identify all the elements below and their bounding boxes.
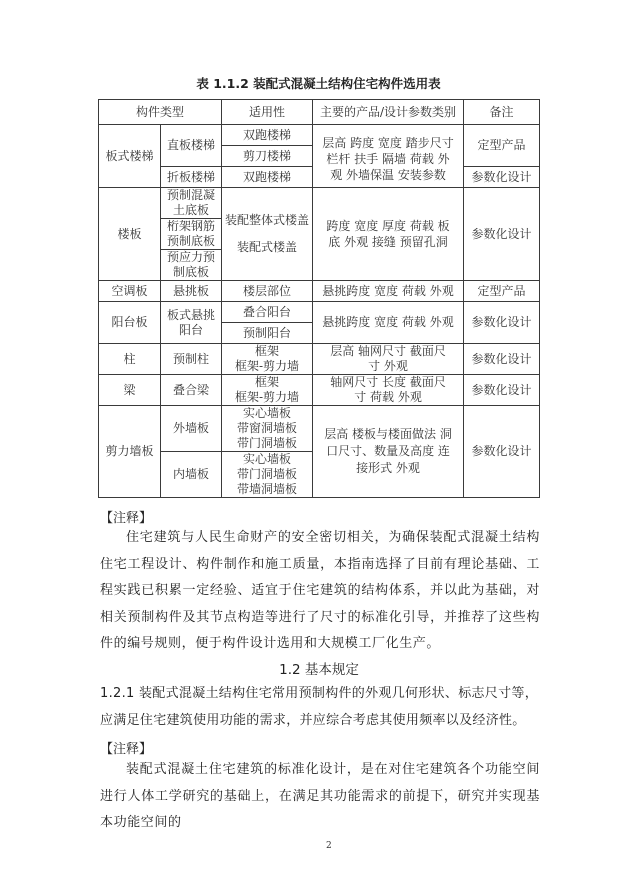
cell-remarks: 参数化设计 bbox=[464, 406, 540, 498]
applicability-line: 框架 bbox=[224, 375, 310, 390]
table-row: 空调板 悬挑板 楼层部位 悬挑跨度 宽度 荷载 外观 定型产品 bbox=[99, 281, 540, 302]
cell-applicability: 叠合阳台 bbox=[222, 302, 313, 323]
cell-params: 层高 轴网尺寸 截面尺寸 外观 bbox=[313, 344, 464, 375]
cell-applicability: 框架 框架-剪力墙 bbox=[222, 375, 313, 406]
cell-remarks: 定型产品 bbox=[464, 281, 540, 302]
cell-type: 梁 bbox=[99, 375, 161, 406]
cell-applicability: 双跑楼梯 bbox=[222, 167, 313, 188]
cell-remarks: 参数化设计 bbox=[464, 302, 540, 344]
cell-applicability: 框架 框架-剪力墙 bbox=[222, 344, 313, 375]
header-applicability: 适用性 bbox=[222, 100, 313, 125]
cell-applicability: 预制阳台 bbox=[222, 323, 313, 344]
page-number: 2 bbox=[326, 841, 332, 851]
cell-subtype: 折板楼梯 bbox=[161, 167, 222, 188]
cell-type: 空调板 bbox=[99, 281, 161, 302]
table-header-row: 构件类型 适用性 主要的产品/设计参数类别 备注 bbox=[99, 100, 540, 125]
applicability-line: 带墙洞墙板 bbox=[224, 482, 310, 497]
table-row: 剪力墙板 外墙板 实心墙板 带窗洞墙板 带门洞墙板 层高 楼板与楼面做法 洞口尺… bbox=[99, 406, 540, 452]
cell-subtype: 桁架钢筋预制底板 bbox=[161, 219, 222, 250]
cell-remarks: 参数化设计 bbox=[464, 344, 540, 375]
table-row: 阳台板 板式悬挑阳台 叠合阳台 悬挑跨度 宽度 荷载 外观 参数化设计 bbox=[99, 302, 540, 323]
note-paragraph: 装配式混凝土住宅建筑的标准化设计，是在对住宅建筑各个功能空间进行人体工学研究的基… bbox=[100, 757, 540, 837]
cell-params: 层高 楼板与楼面做法 洞口尺寸、数量及高度 连接形式 外观 bbox=[313, 406, 464, 498]
cell-subtype: 预制柱 bbox=[161, 344, 222, 375]
cell-subtype: 直板楼梯 bbox=[161, 125, 222, 167]
cell-applicability: 楼层部位 bbox=[222, 281, 313, 302]
cell-params: 悬挑跨度 宽度 荷载 外观 bbox=[313, 302, 464, 344]
cell-subtype: 外墙板 bbox=[161, 406, 222, 452]
note-label: 【注释】 bbox=[100, 507, 152, 526]
cell-subtype: 板式悬挑阳台 bbox=[161, 302, 222, 344]
cell-type: 阳台板 bbox=[99, 302, 161, 344]
applicability-line: 带门洞墙板 bbox=[224, 467, 310, 482]
header-params: 主要的产品/设计参数类别 bbox=[313, 100, 464, 125]
cell-subtype: 叠合梁 bbox=[161, 375, 222, 406]
cell-type: 柱 bbox=[99, 344, 161, 375]
document-page: 表 1.1.2 装配式混凝土结构住宅构件选用表 构件类型 适用性 主要的产品/设… bbox=[0, 0, 640, 878]
component-selection-table: 构件类型 适用性 主要的产品/设计参数类别 备注 板式楼梯 直板楼梯 双跑楼梯 … bbox=[98, 99, 540, 498]
applicability-line: 带门洞墙板 bbox=[224, 436, 310, 451]
note-label: 【注释】 bbox=[100, 738, 152, 757]
table-row: 梁 叠合梁 框架 框架-剪力墙 轴网尺寸 长度 截面尺寸 荷载 外观 参数化设计 bbox=[99, 375, 540, 406]
applicability-line: 框架-剪力墙 bbox=[224, 359, 310, 374]
cell-subtype: 预应力预制底板 bbox=[161, 250, 222, 281]
cell-applicability: 双跑楼梯 bbox=[222, 125, 313, 146]
cell-type: 板式楼梯 bbox=[99, 125, 161, 188]
cell-subtype: 预制混凝土底板 bbox=[161, 188, 222, 219]
cell-remarks: 参数化设计 bbox=[464, 375, 540, 406]
cell-remarks: 定型产品 bbox=[464, 125, 540, 167]
applicability-line: 带窗洞墙板 bbox=[224, 421, 310, 436]
note-paragraph: 住宅建筑与人民生命财产的安全密切相关，为确保装配式混凝土结构住宅工程设计、构件制… bbox=[100, 525, 540, 658]
cell-type: 剪力墙板 bbox=[99, 406, 161, 498]
cell-subtype: 内墙板 bbox=[161, 452, 222, 498]
cell-remarks: 参数化设计 bbox=[464, 167, 540, 188]
table-row: 柱 预制柱 框架 框架-剪力墙 层高 轴网尺寸 截面尺寸 外观 参数化设计 bbox=[99, 344, 540, 375]
applicability-line: 实心墙板 bbox=[224, 452, 310, 467]
cell-params: 悬挑跨度 宽度 荷载 外观 bbox=[313, 281, 464, 302]
cell-subtype: 悬挑板 bbox=[161, 281, 222, 302]
header-component-type: 构件类型 bbox=[99, 100, 222, 125]
cell-params: 轴网尺寸 长度 截面尺寸 荷载 外观 bbox=[313, 375, 464, 406]
cell-applicability: 实心墙板 带门洞墙板 带墙洞墙板 bbox=[222, 452, 313, 498]
rule-paragraph: 1.2.1 装配式混凝土结构住宅常用预制构件的外观几何形状、标志尺寸等，应满足住… bbox=[100, 681, 542, 734]
cell-type: 楼板 bbox=[99, 188, 161, 281]
cell-applicability: 实心墙板 带窗洞墙板 带门洞墙板 bbox=[222, 406, 313, 452]
table-caption: 表 1.1.2 装配式混凝土结构住宅构件选用表 bbox=[98, 74, 539, 92]
applicability-line: 框架-剪力墙 bbox=[224, 390, 310, 405]
header-remarks: 备注 bbox=[464, 100, 540, 125]
applicability-line: 框架 bbox=[224, 344, 310, 359]
table-row: 板式楼梯 直板楼梯 双跑楼梯 层高 跨度 宽度 踏步尺寸 栏杆 扶手 隔墙 荷载… bbox=[99, 125, 540, 146]
table-row: 楼板 预制混凝土底板 装配整体式楼盖 装配式楼盖 跨度 宽度 厚度 荷载 板底 … bbox=[99, 188, 540, 219]
cell-applicability: 剪刀楼梯 bbox=[222, 146, 313, 167]
applicability-line: 装配式楼盖 bbox=[224, 240, 310, 255]
cell-params: 跨度 宽度 厚度 荷载 板底 外观 接缝 预留孔洞 bbox=[313, 188, 464, 281]
cell-applicability: 装配整体式楼盖 装配式楼盖 bbox=[222, 188, 313, 281]
cell-remarks: 参数化设计 bbox=[464, 188, 540, 281]
cell-params: 层高 跨度 宽度 踏步尺寸 栏杆 扶手 隔墙 荷载 外观 外墙保温 安装参数 bbox=[313, 125, 464, 188]
applicability-line: 实心墙板 bbox=[224, 406, 310, 421]
section-heading: 1.2 基本规定 bbox=[98, 658, 540, 678]
applicability-line: 装配整体式楼盖 bbox=[224, 213, 310, 228]
